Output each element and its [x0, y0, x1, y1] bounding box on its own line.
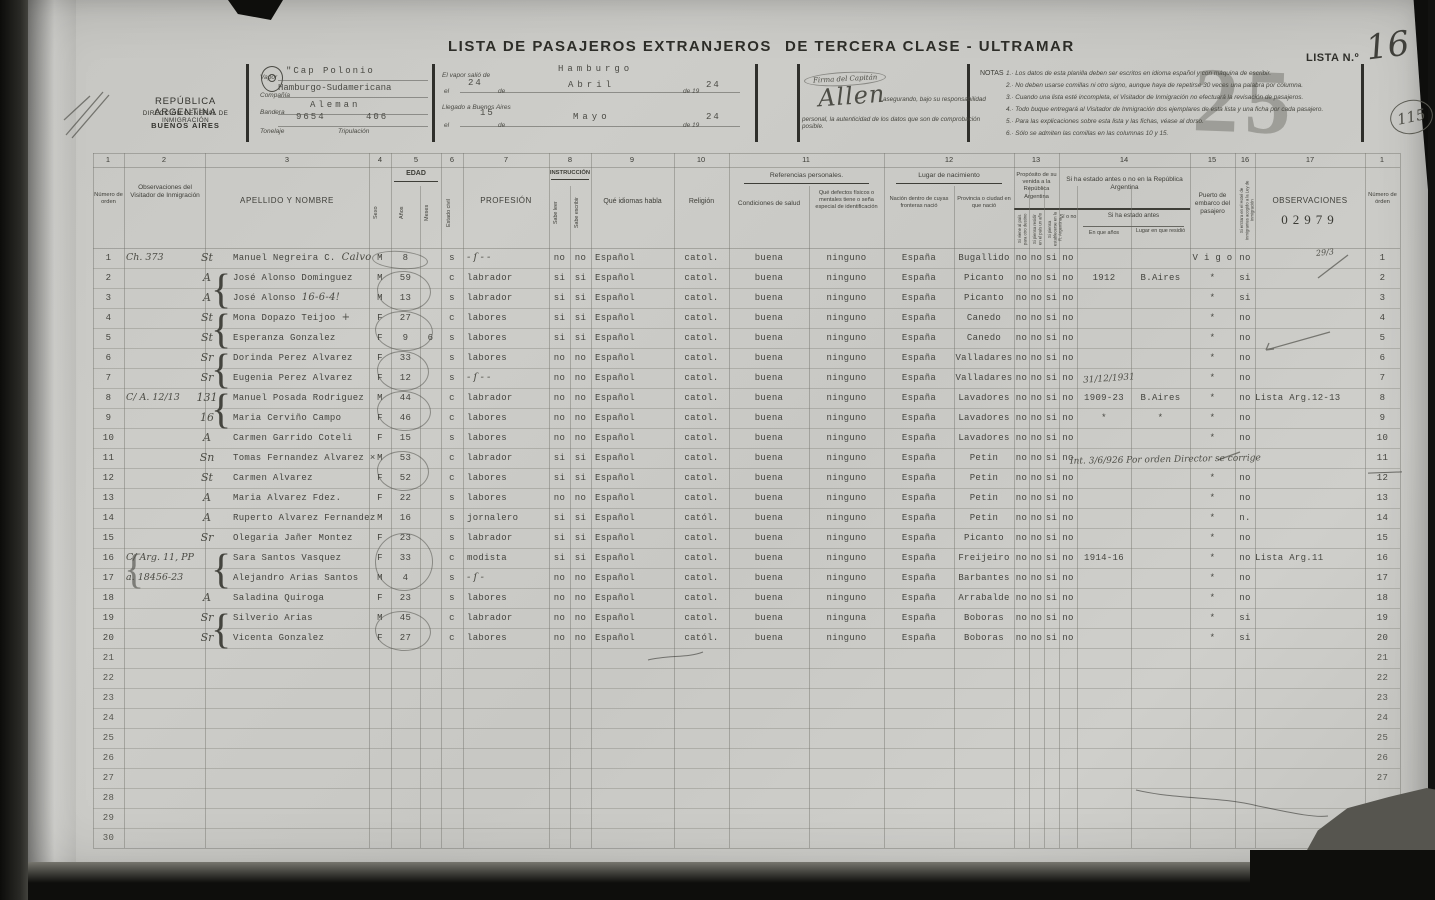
pencil-strokes-and-tears: [28, 0, 1428, 872]
paper-sheet: LISTA DE PASAJEROS EXTRANJEROS DE TERCER…: [28, 0, 1428, 872]
scanned-passenger-list-page: LISTA DE PASAJEROS EXTRANJEROS DE TERCER…: [0, 0, 1435, 900]
corner-shadow: [1250, 850, 1435, 900]
page-curl-shading: [28, 0, 76, 872]
page-bottom-edge: [28, 862, 1435, 900]
